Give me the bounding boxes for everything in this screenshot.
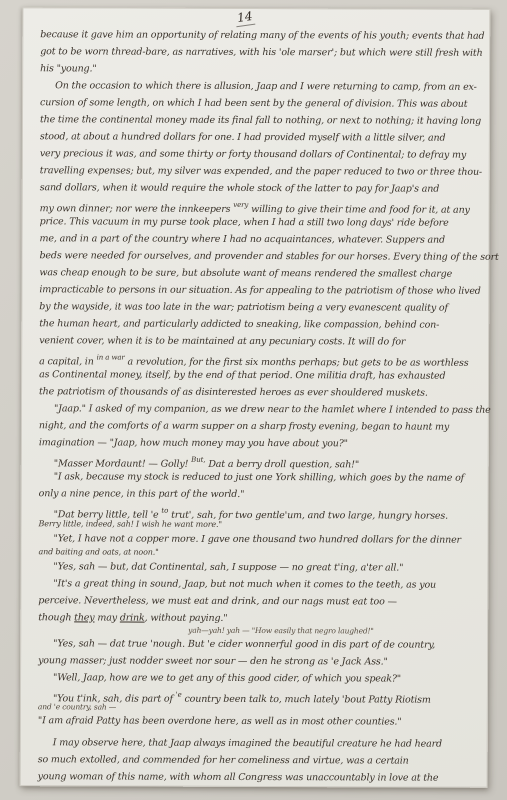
- line-text: travelling expenses; but, my silver was …: [40, 165, 482, 178]
- line-text: I may observe here, that Jaap always ima…: [53, 737, 442, 749]
- line-text: yah—yah! yah — "How easily that negro la…: [188, 626, 374, 636]
- manuscript-line: price. This vacuum in my purse took plac…: [40, 213, 475, 232]
- line-text: "Yes, sah — but, dat Continental, sah, I…: [53, 561, 403, 573]
- manuscript-line: "Dat berry little, tell 'e to trut', sah…: [39, 502, 474, 521]
- line-text: me, and in a part of the country where I…: [40, 233, 445, 245]
- manuscript-line: "Yes, sah — dat true 'nough. But 'e cide…: [38, 635, 473, 654]
- line-text: stood, at about a hundred dollars for on…: [40, 131, 446, 143]
- manuscript-line: as Continental money, itself, by the end…: [39, 366, 474, 385]
- line-text: by the wayside, it was too late in the w…: [39, 301, 448, 313]
- line-text: cursion of some length, on which I had b…: [40, 97, 467, 109]
- line-text: "Well, Jaap, how are we to get any of th…: [53, 672, 401, 684]
- manuscript-line: perceive. Nevertheless, we must eat and …: [38, 592, 473, 611]
- interlinear-insertion: to: [161, 507, 168, 515]
- line-text: imagination — "Jaap, how much money may …: [39, 437, 348, 449]
- line-text: his "young.": [40, 63, 96, 74]
- line-text: only a nine pence, in this part of the w…: [39, 488, 245, 500]
- line-text: beds were needed for ourselves, and prov…: [39, 250, 498, 263]
- manuscript-line: night, and the comforts of a warm supper…: [39, 417, 474, 436]
- line-text: the patriotism of thousands of as disint…: [39, 386, 428, 398]
- line-text: price. This vacuum in my purse took plac…: [40, 216, 449, 228]
- line-text: sand dollars, when it would require the …: [40, 182, 439, 194]
- manuscript-line: "Jaap." I asked of my companion, as we d…: [39, 400, 474, 419]
- manuscript-line: "It's a great thing in sound, Jaap, but …: [38, 575, 473, 594]
- manuscript-line: "Masser Mordaunt! — Golly! But, Dat a be…: [39, 451, 474, 470]
- interlinear-insertion: in a war: [97, 353, 125, 361]
- underlined-word: drink: [120, 613, 145, 624]
- manuscript-line: so much extolled, and commended for her …: [38, 751, 473, 770]
- manuscript-line: I may observe here, that Jaap always ima…: [38, 734, 473, 753]
- manuscript-line: sand dollars, when it would require the …: [40, 179, 475, 198]
- line-text: venient cover, when it is to be maintain…: [39, 335, 405, 347]
- manuscript-line: by the wayside, it was too late in the w…: [39, 298, 474, 317]
- manuscript-line: because it gave him an opportunity of re…: [40, 26, 475, 45]
- manuscript-line: "Yes, sah — but, dat Continental, sah, I…: [38, 558, 473, 577]
- manuscript-line: "I ask, because my stock is reduced to j…: [39, 468, 474, 487]
- interlinear-insertion: But,: [191, 456, 205, 464]
- manuscript-line: venient cover, when it is to be maintain…: [39, 332, 474, 351]
- line-text: young masser; just nodder sweet nor sour…: [38, 655, 388, 667]
- manuscript-line: impracticable to persons in our situatio…: [39, 281, 474, 300]
- manuscript-line: was cheap enough to be sure, but absolut…: [39, 264, 474, 283]
- underlined-word: they: [74, 612, 94, 623]
- line-text: perceive. Nevertheless, we must eat and …: [38, 595, 397, 607]
- manuscript-line: "Well, Jaap, how are we to get any of th…: [38, 669, 473, 688]
- line-text: "I am afraid Patty has been overdone her…: [38, 715, 402, 727]
- line-text: On the occasion to which there is allusi…: [55, 80, 477, 92]
- line-text: , without paying.": [145, 613, 228, 624]
- line-text: "Yes, sah — dat true 'nough. But 'e cide…: [53, 638, 435, 650]
- manuscript-line: got to be worn thread-bare, as narrative…: [40, 43, 475, 62]
- line-text: because it gave him an opportunity of re…: [40, 29, 484, 42]
- manuscript-line: a capital, in in a war a revolution, for…: [39, 349, 474, 368]
- line-text: impracticable to persons in our situatio…: [39, 284, 480, 297]
- manuscript-line: me, and in a part of the country where I…: [40, 230, 475, 249]
- manuscript-line: "I am afraid Patty has been overdone her…: [38, 712, 473, 731]
- manuscript-line: very precious it was, and some thirty or…: [40, 145, 475, 164]
- manuscript-line: only a nine pence, in this part of the w…: [39, 485, 474, 504]
- line-text: and 'e country, sah —: [38, 702, 116, 711]
- manuscript-line: cursion of some length, on which I had b…: [40, 94, 475, 113]
- manuscript-line: my own dinner; nor were the innkeepers v…: [40, 196, 475, 215]
- line-text: country been talk to, much lately 'bout …: [182, 694, 431, 706]
- line-text: "Yet, I have not a copper more. I gave o…: [53, 533, 460, 545]
- manuscript-line: young masser; just nodder sweet nor sour…: [38, 652, 473, 671]
- manuscript-page: 14 because it gave him an opportunity of…: [20, 7, 491, 788]
- line-text: the time the continental money made its …: [40, 114, 481, 127]
- manuscript-line: the time the continental money made its …: [40, 111, 475, 130]
- manuscript-line: though they may drink, without paying.": [38, 609, 473, 628]
- line-text: though: [38, 612, 74, 623]
- line-text: very precious it was, and some thirty or…: [40, 148, 466, 160]
- manuscript-line: On the occasion to which there is allusi…: [40, 77, 475, 96]
- line-text: young woman of this name, with whom all …: [38, 771, 439, 783]
- manuscript-line: travelling expenses; but, my silver was …: [40, 162, 475, 181]
- line-text: "Jaap." I asked of my companion, as we d…: [54, 403, 491, 416]
- line-text: may: [94, 612, 119, 623]
- manuscript-line: the human heart, and particularly addict…: [39, 315, 474, 334]
- line-text: "It's a great thing in sound, Jaap, but …: [53, 578, 436, 590]
- line-text: was cheap enough to be sure, but absolut…: [39, 267, 452, 279]
- manuscript-line: imagination — "Jaap, how much money may …: [39, 434, 474, 453]
- line-text: and baiting and oats, at noon.": [38, 547, 158, 556]
- manuscript-line: "Yet, I have not a copper more. I gave o…: [38, 530, 473, 549]
- line-text: as Continental money, itself, by the end…: [39, 369, 445, 381]
- manuscript-line: stood, at about a hundred dollars for on…: [40, 128, 475, 147]
- scan-background: 14 because it gave him an opportunity of…: [0, 0, 507, 800]
- manuscript-line: the patriotism of thousands of as disint…: [39, 383, 474, 402]
- manuscript-text: because it gave him an opportunity of re…: [38, 26, 476, 787]
- manuscript-line: young woman of this name, with whom all …: [38, 768, 473, 787]
- line-text: "I ask, because my stock is reduced to j…: [54, 471, 464, 483]
- line-text: so much extolled, and commended for her …: [38, 754, 409, 766]
- page-number: 14: [234, 9, 255, 27]
- interlinear-insertion: very: [233, 201, 248, 209]
- line-text: night, and the comforts of a warm supper…: [39, 420, 449, 432]
- manuscript-line: his "young.": [40, 60, 475, 79]
- line-text: got to be worn thread-bare, as narrative…: [40, 46, 482, 59]
- line-text: Berry little, indeed, sah! I wish he wan…: [39, 519, 222, 529]
- manuscript-line: beds were needed for ourselves, and prov…: [39, 247, 474, 266]
- line-text: the human heart, and particularly addict…: [39, 318, 439, 330]
